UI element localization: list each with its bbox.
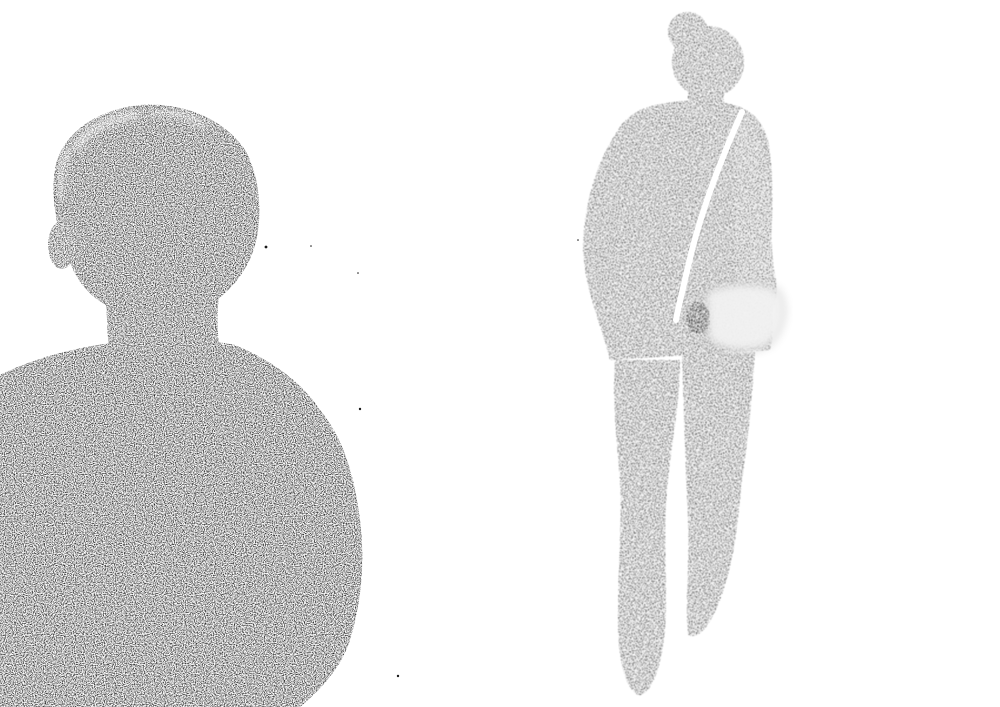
left-figure-ear xyxy=(48,221,76,269)
right-figure-bag-clasp xyxy=(686,302,710,334)
left-figure xyxy=(0,105,362,707)
left-figure-torso xyxy=(0,340,362,707)
right-figure xyxy=(583,12,777,696)
right-figure-bag xyxy=(705,283,785,351)
charcoal-drawing xyxy=(0,0,1000,707)
right-figure-left-leg xyxy=(614,360,680,696)
drawing-canvas xyxy=(0,0,1000,707)
right-figure-right-leg xyxy=(682,352,755,636)
